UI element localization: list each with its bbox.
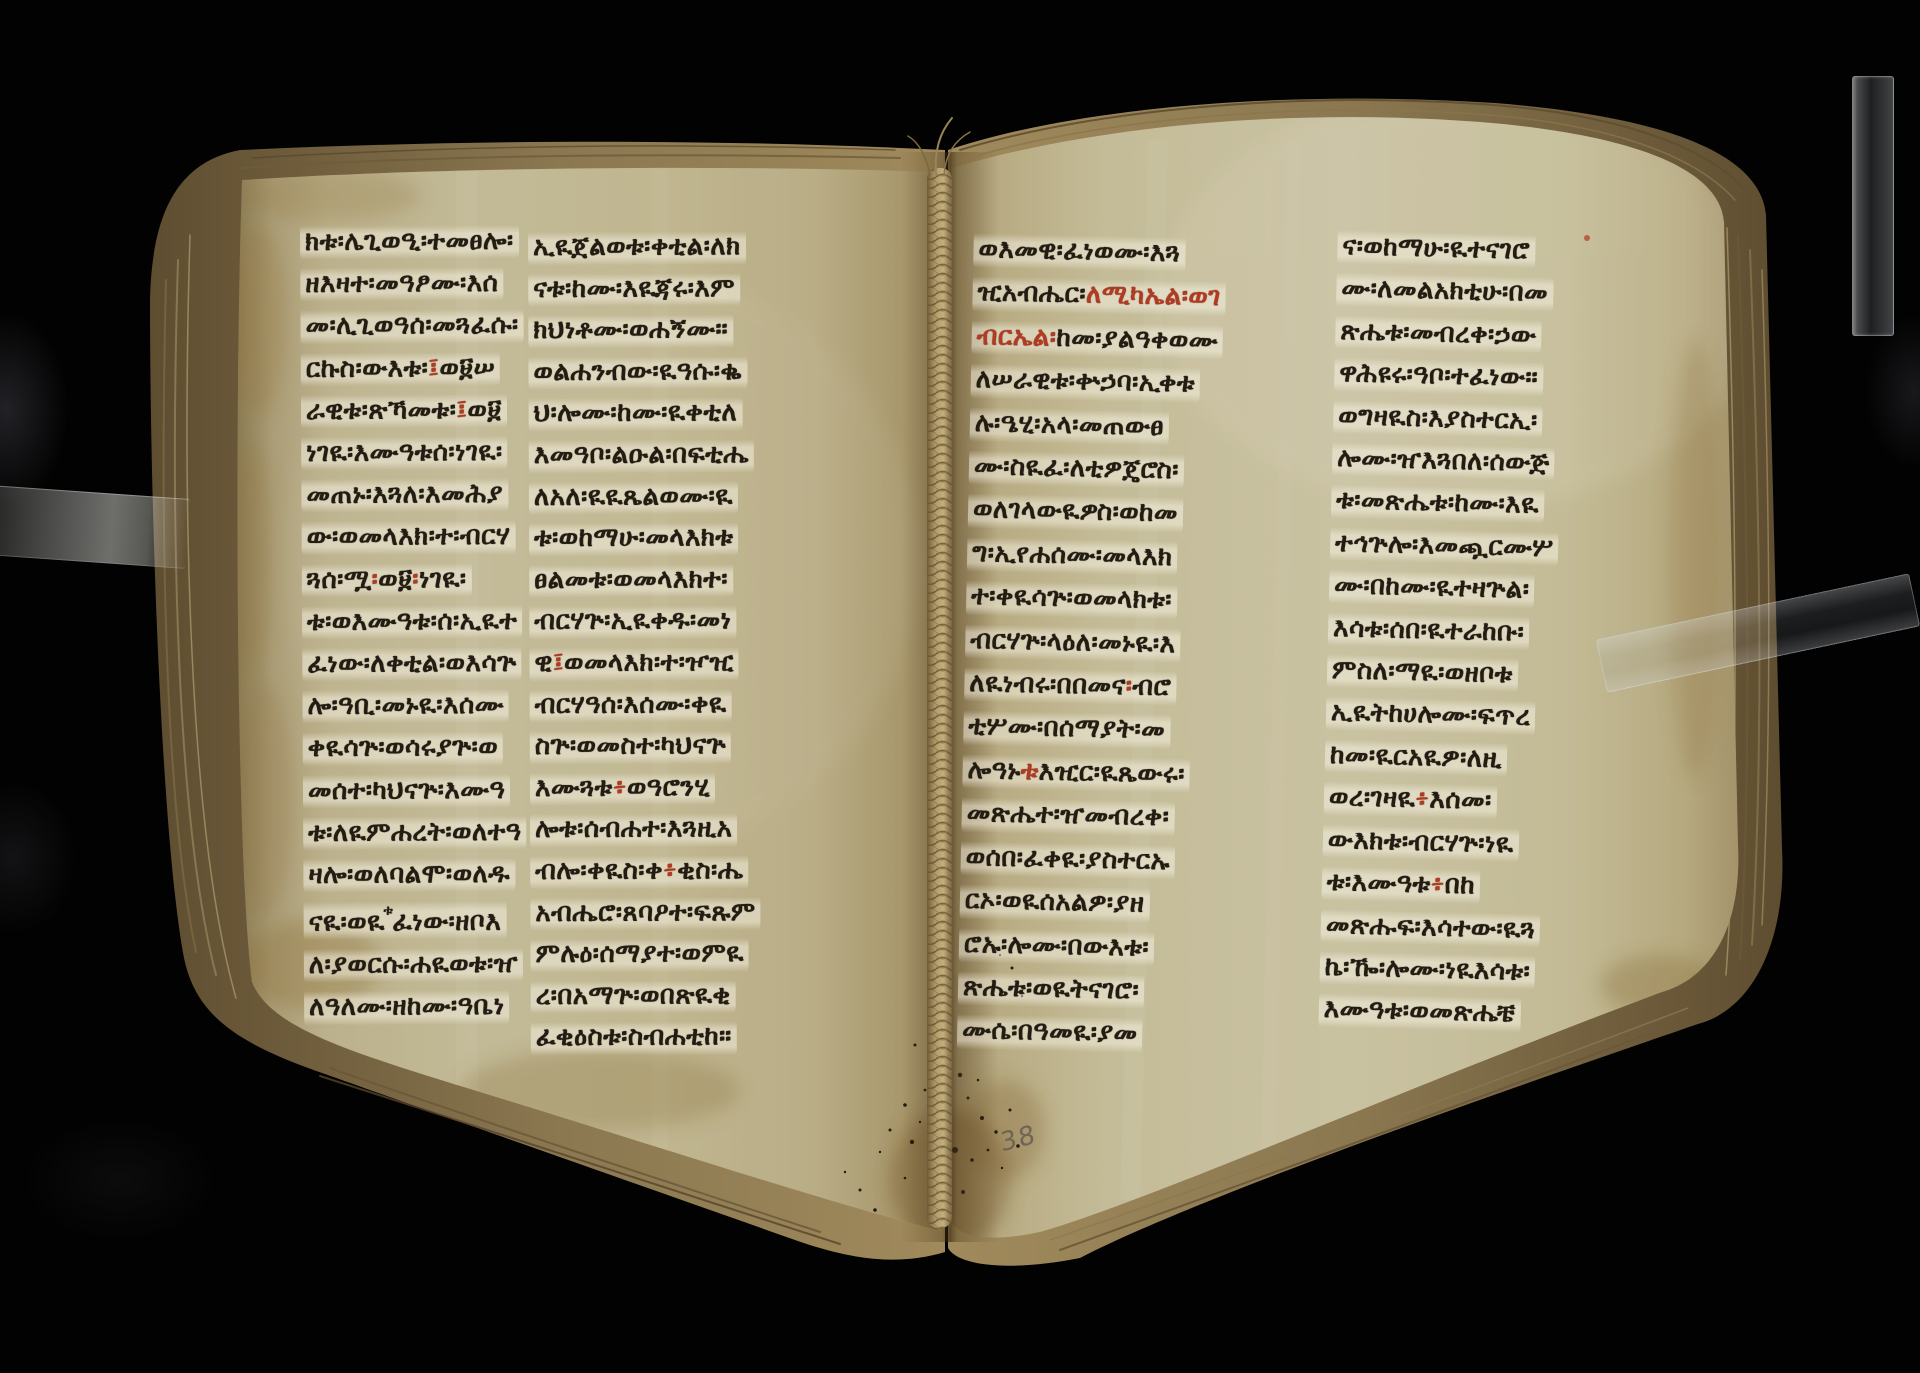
ink-text: ረ፡በአማጕ፡ወበጽዪቂ xyxy=(536,980,731,1011)
manuscript-text-line: ብርኤል፡ከመ፡ያልዓቀወሙ xyxy=(971,315,1223,364)
ink-text: ክቱ፡ሌጊወዒ፡ተመፀሎ፡ xyxy=(305,226,514,257)
ink-text: ተኅጕሎ፡እመጯርሙሦ xyxy=(1335,528,1554,563)
ink-text: ግ፡ኢየሐሰሙ፡መላእክ xyxy=(972,538,1173,572)
manuscript-text-line: ዋሕዩሩ፡ዓቦ፡ተፈነው። xyxy=(1334,352,1544,399)
right-page-column-2: ና፡ወከማሁ፡ዪተናገሮሙ፡ለመልአክቲሁ፡በመጽሔቱ፡መብረቀ፡ኃውዋሕዩሩ፡… xyxy=(1318,225,1578,1036)
ink-text: ወልሐንብው፡ዪዓሱ፡ቈ xyxy=(533,356,742,387)
ink-text: ራዊቱ፡ጽኻመቱ፡ xyxy=(306,395,456,426)
ink-text: ነገዪ፡እሙዓቱሰ፡ነገዪ፡ xyxy=(306,437,502,468)
photograph-of-open-manuscript: ክቱ፡ሌጊወዒ፡ተመፀሎ፡ዘእዛተ፡መዓፆሙ፡እሰመ፡ሊጊወዓሰ፡መጓፈሱ፡ርኩ… xyxy=(0,0,1920,1373)
manuscript-text-line: እሳቱ፡ሰበ፡ዪተራከቡ፡ xyxy=(1328,607,1530,654)
ink-text: እዢር፡ዪጼውሩ፡ xyxy=(1038,756,1185,789)
ink-text: መ፡ሊጊወዓሰ፡መጓፈሱ፡ xyxy=(305,310,518,341)
ink-text: ጓሰ፡ሟ xyxy=(307,564,372,594)
ink-text: ዊ xyxy=(534,648,552,678)
ink-text: ሉ፡ዔሂ፡አላ፡መጠውፀ xyxy=(975,408,1165,442)
ink-text: ለ፡ያወርሱ፡ሐዪወቱ፡ዠ xyxy=(309,949,518,980)
manuscript-text-line: ሎዓኑቱእዢር፡ዪጼውሩ፡ xyxy=(962,749,1190,797)
ink-text: እሰመ፡ xyxy=(1429,785,1492,817)
manuscript-text-line: ለ፡ያወርሱ፡ሐዪወቱ፡ዠ xyxy=(304,943,523,986)
ink-text: ቱ፡መጽሔቱ፡ከሙ፡እዪ xyxy=(1336,485,1539,520)
red-ink-dot xyxy=(1584,235,1590,241)
ink-text: ፈነው፡ለቀቲል፡ወእሳጕ xyxy=(307,648,516,679)
ink-text: ፀልመቱ፡ወመላእክተ፡ xyxy=(534,564,728,595)
manuscript-text-line: ወለገላውዪዎስ፡ወከመ xyxy=(968,488,1184,536)
manuscript-text-line: ቱ፡መጽሔቱ፡ከሙ፡እዪ xyxy=(1331,479,1545,527)
ink-text: ከመ፡ዪርአዪዎ፡ለዚ xyxy=(1330,740,1503,774)
manuscript-text-line: ሎሙ፡ዠእጓበለ፡ሰውጅ xyxy=(1332,437,1555,485)
ink-text: ወ፱ xyxy=(378,564,412,594)
manuscript-text-line: ክህነቶሙ፡ወሐኝሙ። xyxy=(528,309,733,351)
rubric-text: ፥ xyxy=(613,772,627,802)
binding-cord-braid xyxy=(927,168,952,1228)
manuscript-text-line: እሙዓቱ፡ወመጽሔቼ xyxy=(1318,988,1521,1035)
manuscript-text-line: ኬ፡ዀ፡ሎሙ፡ነዪእሳቱ፡ xyxy=(1319,946,1535,994)
ink-text: ብሮ xyxy=(1132,671,1172,702)
ink-text: ሎዓኑ xyxy=(967,755,1021,786)
ink-text: ወዓሮንሂ xyxy=(627,772,710,802)
manuscript-text-line: ብርሃጕ፡ኢዪቀዱ፡መነ xyxy=(529,601,736,643)
manuscript-text-line: ብርሃዓሰ፡እሰሙ፡ቀዪ xyxy=(530,684,732,726)
ink-text: ቂስ፡ሔ xyxy=(677,855,743,885)
manuscript-text-line: ኢዪጀልወቱ፡ቀቲል፡ለክ xyxy=(528,226,746,268)
ink-text: ወ፱ xyxy=(467,395,501,425)
ink-text: ወእመዊ፡ፈነወሙ፡እጓ xyxy=(978,234,1180,268)
manuscript-text-line: ዢአብሔር፡ለሚካኤል፡ወገ xyxy=(972,271,1226,320)
manuscript-text-line: ራዊቱ፡ጽኻመቱ፡፤ወ፱ xyxy=(301,389,507,432)
ink-text: ሮኡ፡ሎሙ፡በውእቱ፡ xyxy=(964,928,1150,962)
ink-text: ከመ፡ያልዓቀወሙ xyxy=(1056,323,1218,356)
manuscript-text-line: ለዪነብሩ፡በበመና፡ብሮ xyxy=(964,662,1177,710)
manuscript-text-line: ቀዪሳጕ፡ወሳሩያጕ፡ወ xyxy=(303,726,504,769)
rubric-text: ፥ xyxy=(1415,784,1430,814)
manuscript-text-line: ወእመዊ፡ፈነወሙ፡እጓ xyxy=(973,228,1186,276)
ink-text: መጽሔተ፡ዠመብረቀ፡ xyxy=(966,798,1169,832)
ink-text: ናቱ፡ከሙ፡እዪጃሩ፡እም xyxy=(533,273,735,304)
manuscript-text-line: ወግዛዪስ፡እያስተርኢ፡ xyxy=(1333,395,1543,443)
rubric-text: ፤ xyxy=(553,648,564,678)
ink-text: ቲሦሙ፡በሰማያት፡መ xyxy=(968,711,1165,745)
manuscript-text-line: ፀልመቱ፡ወመላእክተ፡ xyxy=(529,559,733,601)
ink-text: ነገዪ፡ xyxy=(419,564,467,594)
manuscript-text-line: አብሔሮ፡ጸባዖተ፡ፍጹም xyxy=(530,892,760,934)
manuscript-text-line: መጽሑፍ፡እሳተው፡ዪጓ xyxy=(1320,903,1540,951)
ink-text: ብርሃጕ፡ላዕለ፡መኑዪ፡እ xyxy=(970,625,1176,659)
manuscript-text-line: ምሉዕ፡ሰማያተ፡ወምዪ xyxy=(530,933,748,975)
ink-text: መሰተ፡ካህናጕ፡እሙዓ xyxy=(308,775,505,806)
rubric-text: ፤ xyxy=(428,353,439,383)
ink-text: ወሰበ፡ፈቀዪ፡ያስተርኡ xyxy=(966,842,1171,876)
ink-text: ዢአብሔር፡ xyxy=(977,278,1086,310)
manuscript-text-line: ጓሰ፡ሟ፡ወ፱፡ነገዪ፡ xyxy=(302,558,472,601)
manuscript-text-line: ውእክቱ፡ብርሃጕ፡ነዪ xyxy=(1322,819,1518,866)
ink-text: ዋሕዩሩ፡ዓቦ፡ተፈነው። xyxy=(1339,358,1538,393)
ink-text: ቱ፡ለዪምሐረት፡ወለተዓ xyxy=(308,817,522,848)
manuscript-text-line: ና፡ወከማሁ፡ዪተናገሮ xyxy=(1337,225,1536,272)
ink-text: እሙጓቱ xyxy=(535,772,613,802)
manuscript-text-line: ለዓለሙ፡ዘከሙ፡ዓቤነ xyxy=(304,985,510,1028)
manuscript-text-line: ነገዪ፡እሙዓቱሰ፡ነገዪ፡ xyxy=(301,431,508,474)
ink-text: ቱ፡ወእሙዓቱ፡ሰ፡ኢዪተ xyxy=(307,606,517,637)
rubric-text: ፥ xyxy=(1430,870,1445,900)
manuscript-text-line: ናቱ፡ከሙ፡እዪጃሩ፡እም xyxy=(528,268,740,310)
ink-text: ፈቂዕስቱ፡ስብሐቲከ። xyxy=(536,1022,732,1053)
manuscript-text-line: ናዪ፡ወዪቱፈነው፡ዘቦእ xyxy=(304,895,507,944)
manuscript-text-line: መሰተ፡ካህናጕ፡እሙዓ xyxy=(303,769,511,812)
left-page-column-1: ክቱ፡ሌጊወዒ፡ተመፀሎ፡ዘእዛተ፡መዓፆሙ፡እሰመ፡ሊጊወዓሰ፡መጓፈሱ፡ርኩ… xyxy=(300,220,519,1029)
ink-text: መጽሑፍ፡እሳተው፡ዪጓ xyxy=(1326,909,1536,944)
manuscript-text-line: ግ፡ኢየሐሰሙ፡መላእክ xyxy=(967,532,1178,580)
interlinear-correction: ቱ xyxy=(384,903,394,919)
ink-text: ወለገላውዪዎስ፡ወከመ xyxy=(973,494,1178,528)
ink-text: ኢዪትከሀሎሙ፡ፍጥረ xyxy=(1331,697,1531,732)
rubric-text: ለሚካኤል፡ወገ xyxy=(1086,280,1221,313)
ink-text: ሙ፡ስዪፈ፡ለቲዎጄሮስ፡ xyxy=(974,451,1180,485)
manuscript-text-line: ቱ፡እሙዓቱ፥በከ xyxy=(1321,861,1480,907)
ink-text: ጽሔቱ፡ወዪትናገሮ፡ xyxy=(963,972,1140,1006)
left-page-column-2: ኢዪጀልወቱ፡ቀቲል፡ለክናቱ፡ከሙ፡እዪጃሩ፡እምክህነቶሙ፡ወሐኝሙ።ወልሐ… xyxy=(528,226,776,1059)
manuscript-text-line: ዛሎ፡ወለባልሞ፡ወለዱ xyxy=(303,853,515,896)
ink-text: ጽሔቱ፡መብረቀ፡ኃው xyxy=(1340,316,1537,351)
ink-text: ለዓለሙ፡ዘከሙ፡ዓቤነ xyxy=(309,991,505,1022)
manuscript-text-line: ቲሦሙ፡በሰማያት፡መ xyxy=(963,705,1171,753)
manuscript-text-line: ቱ፡ወእሙዓቱ፡ሰ፡ኢዪተ xyxy=(302,600,522,643)
manuscript-text-line: ዘእዛተ፡መዓፆሙ፡እሰ xyxy=(300,262,503,305)
ink-text: ለአለ፡ዪዪጼልወሙ፡ዪ xyxy=(534,481,733,512)
ink-text: ምስለ፡ማዪ፡ወዘቦቱ xyxy=(1332,655,1513,689)
ink-text: ኬ፡ዀ፡ሎሙ፡ነዪእሳቱ፡ xyxy=(1325,952,1531,987)
ink-text: ወግዛዪስ፡እያስተርኢ፡ xyxy=(1338,401,1538,436)
manuscript-text-line: ወረ፡ገዛዪ፥እሰመ፡ xyxy=(1323,776,1497,823)
ink-text: አብሔሮ፡ጸባዖተ፡ፍጹም xyxy=(535,897,755,928)
rubric-text: ፤ xyxy=(456,395,467,425)
ink-text: ሙሴ፡በዓመዪ፡ያመ xyxy=(962,1015,1138,1049)
manuscript-text-line: ኢዪትከሀሎሙ፡ፍጥረ xyxy=(1326,691,1536,739)
manuscript-text-line: ብሎ፡ቀዪስ፡ቀ፥ቂስ፡ሔ xyxy=(530,850,748,892)
manuscript-text-line: ሙ፡ስዪፈ፡ለቲዎጄሮስ፡ xyxy=(969,445,1185,493)
manuscript-text-line: ጽሔቱ፡መብረቀ፡ኃው xyxy=(1335,310,1542,357)
manuscript-text-line: ርኩስ፡ውእቱ፡፤ወ፱ሠ xyxy=(301,347,501,390)
right-page-column-1: ወእመዊ፡ፈነወሙ፡እጓዢአብሔር፡ለሚካኤል፡ወገብርኤል፡ከመ፡ያልዓቀወሙ… xyxy=(957,228,1219,1058)
ink-text: ሙ፡በከሙ፡ዪተዛጕል፡ xyxy=(1334,570,1530,605)
manuscript-text-line: ህ፡ሎሙ፡ከሙ፡ዪቀቲለ xyxy=(529,393,743,435)
ink-text: ው፡ወመላእክ፡ተ፡ብርሃ xyxy=(307,521,511,552)
manuscript-text-line: ለሠራዊቱ፡ቍኃባ፡ኢቀቱ xyxy=(970,358,1200,406)
ink-text: ብሎ፡ቀዪስ፡ቀ xyxy=(535,855,663,885)
manuscript-text-line: እመዓቦ፡ልዑል፡በፍቲሔ xyxy=(529,434,754,476)
manuscript-text-line: እሙጓቱ፥ወዓሮንሂ xyxy=(530,767,715,809)
ink-text: ምሉዕ፡ሰማያተ፡ወምዪ xyxy=(535,938,743,969)
ink-text: ህ፡ሎሙ፡ከሙ፡ዪቀቲለ xyxy=(534,398,738,429)
manuscript-text-line: ው፡ወመላእክ፡ተ፡ብርሃ xyxy=(302,515,516,558)
ink-text: ሙ፡ለመልአክቲሁ፡በመ xyxy=(1341,274,1548,309)
ink-text: ብርሃጕ፡ኢዪቀዱ፡መነ xyxy=(534,606,731,637)
manuscript-text-line: ክቱ፡ሌጊወዒ፡ተመፀሎ፡ xyxy=(300,220,519,263)
manuscript-text-line: መጠኑ፡እጓለ፡እመሕያ xyxy=(301,473,508,516)
manuscript-text-line: ቱ፡ወከማሁ፡መላእክቱ xyxy=(529,517,739,559)
ink-text: ሎ፡ዓቢ፡መኑዪ፡እሰሙ xyxy=(307,690,504,721)
manuscript-text-line: ተኅጕሎ፡እመጯርሙሦ xyxy=(1330,522,1559,570)
ink-text: ቀዪሳጕ፡ወሳሩያጕ፡ወ xyxy=(308,732,499,763)
ink-text: ተ፡ቀዪሳጕ፡ወመላክቱ፡ xyxy=(971,581,1172,615)
manuscript-text-line: ከመ፡ዪርአዪዎ፡ለዚ xyxy=(1325,734,1508,781)
ink-text: ኢዪጀልወቱ፡ቀቲል፡ለክ xyxy=(533,231,741,262)
ink-text: ቱ፡እሙዓቱ xyxy=(1327,867,1431,900)
manuscript-text-line: ፈነው፡ለቀቲል፡ወእሳጕ xyxy=(302,642,521,685)
ink-text: ወ፱ሠ xyxy=(439,353,495,383)
manuscript-text-line: መ፡ሊጊወዓሰ፡መጓፈሱ፡ xyxy=(300,304,523,347)
ink-text: እሳቱ፡ሰበ፡ዪተራከቡ፡ xyxy=(1333,613,1525,648)
ink-text: ናዪ፡ወዪ xyxy=(309,907,385,937)
ink-text: ዛሎ፡ወለባልሞ፡ወለዱ xyxy=(308,859,510,890)
manuscript-text-line: ለአለ፡ዪዪጼልወሙ፡ዪ xyxy=(529,476,738,518)
rubric-text: ቱ xyxy=(1020,756,1039,786)
plexiglass-strip-upper-right xyxy=(1852,76,1894,336)
ink-text: ዘእዛተ፡መዓፆሙ፡እሰ xyxy=(305,268,498,299)
ink-text: ርኩስ፡ውእቱ፡ xyxy=(306,353,429,384)
ink-text: ቱ፡ወከማሁ፡መላእክቱ xyxy=(534,522,733,553)
ink-text: ወረ፡ገዛዪ xyxy=(1329,782,1416,814)
manuscript-text-line: መጽሔተ፡ዠመብረቀ፡ xyxy=(961,792,1174,840)
manuscript-text-line: ወልሐንብው፡ዪዓሱ፡ቈ xyxy=(528,351,747,393)
ink-text: መጠኑ፡እጓለ፡እመሕያ xyxy=(306,479,503,510)
ink-text: ብርሃዓሰ፡እሰሙ፡ቀዪ xyxy=(535,689,727,720)
ink-text: ክህነቶሙ፡ወሐኝሙ። xyxy=(533,314,728,345)
manuscript-text-line: ሉ፡ዔሂ፡አላ፡መጠውፀ xyxy=(969,402,1169,450)
manuscript-text-line: ወሰበ፡ፈቀዪ፡ያስተርኡ xyxy=(960,836,1175,884)
ink-text: እሙዓቱ፡ወመጽሔቼ xyxy=(1323,994,1515,1029)
manuscript-text-line: ተ፡ቀዪሳጕ፡ወመላክቱ፡ xyxy=(966,575,1178,623)
manuscript-text-line: ቱ፡ለዪምሐረት፡ወለተዓ xyxy=(303,811,527,854)
manuscript-text-line: ሮኡ፡ሎሙ፡በውእቱ፡ xyxy=(959,922,1155,969)
manuscript-text-line: ዊ፤ወመላእክ፡ተ፡ዦዢ xyxy=(529,642,738,684)
manuscript-text-line: ፈቂዕስቱ፡ስብሐቲከ። xyxy=(531,1017,737,1059)
ink-text: ርኦ፡ወዪሰአልዎ፡ያዘ xyxy=(965,885,1145,919)
ink-text: ፈነው፡ዘቦእ xyxy=(392,907,501,938)
ink-text: ውእክቱ፡ብርሃጕ፡ነዪ xyxy=(1328,825,1514,860)
manuscript-text-line: ሙሴ፡በዓመዪ፡ያመ xyxy=(957,1009,1143,1056)
ink-text: ስጕ፡ወመስተ፡ካህናጕ xyxy=(535,730,726,761)
ink-text: ሎቱ፡ሰብሐተ፡እጓዚአ xyxy=(535,814,732,845)
plexiglass-strip-left xyxy=(0,485,190,569)
manuscript-text-line: ስጕ፡ወመስተ፡ካህናጕ xyxy=(530,725,731,767)
ink-text: ወመላእክ፡ተ፡ዦዢ xyxy=(564,647,734,678)
manuscript-text-line: ሎ፡ዓቢ፡መኑዪ፡እሰሙ xyxy=(302,684,509,727)
ink-text: ለሠራዊቱ፡ቍኃባ፡ኢቀቱ xyxy=(976,364,1196,399)
ink-text: በከ xyxy=(1444,870,1475,901)
manuscript-text-line: ምስለ፡ማዪ፡ወዘቦቱ xyxy=(1327,649,1519,696)
manuscript-text-line: ሎቱ፡ሰብሐተ፡እጓዚአ xyxy=(530,809,737,851)
ink-text: ና፡ወከማሁ፡ዪተናገሮ xyxy=(1342,231,1530,266)
manuscript-text-line: ረ፡በአማጕ፡ወበጽዪቂ xyxy=(531,975,736,1017)
manuscript-text-line: ጽሔቱ፡ወዪትናገሮ፡ xyxy=(958,966,1145,1013)
manuscript-text-line: ርኦ፡ወዪሰአልዎ፡ያዘ xyxy=(959,879,1149,926)
rubric-text: ብርኤል፡ xyxy=(976,321,1056,353)
rubric-text: ፥ xyxy=(663,855,677,885)
manuscript-text-line: ብርሃጕ፡ላዕለ፡መኑዪ፡እ xyxy=(965,619,1181,667)
manuscript-text-line: ሙ፡ለመልአክቲሁ፡በመ xyxy=(1336,267,1554,315)
ink-text: ሎሙ፡ዠእጓበለ፡ሰውጅ xyxy=(1337,443,1550,478)
ink-text: ለዪነብሩ፡በበመና xyxy=(969,668,1126,701)
ink-text: እመዓቦ፡ልዑል፡በፍቲሔ xyxy=(534,439,749,470)
manuscript-text-line: ሙ፡በከሙ፡ዪተዛጕል፡ xyxy=(1329,564,1535,611)
